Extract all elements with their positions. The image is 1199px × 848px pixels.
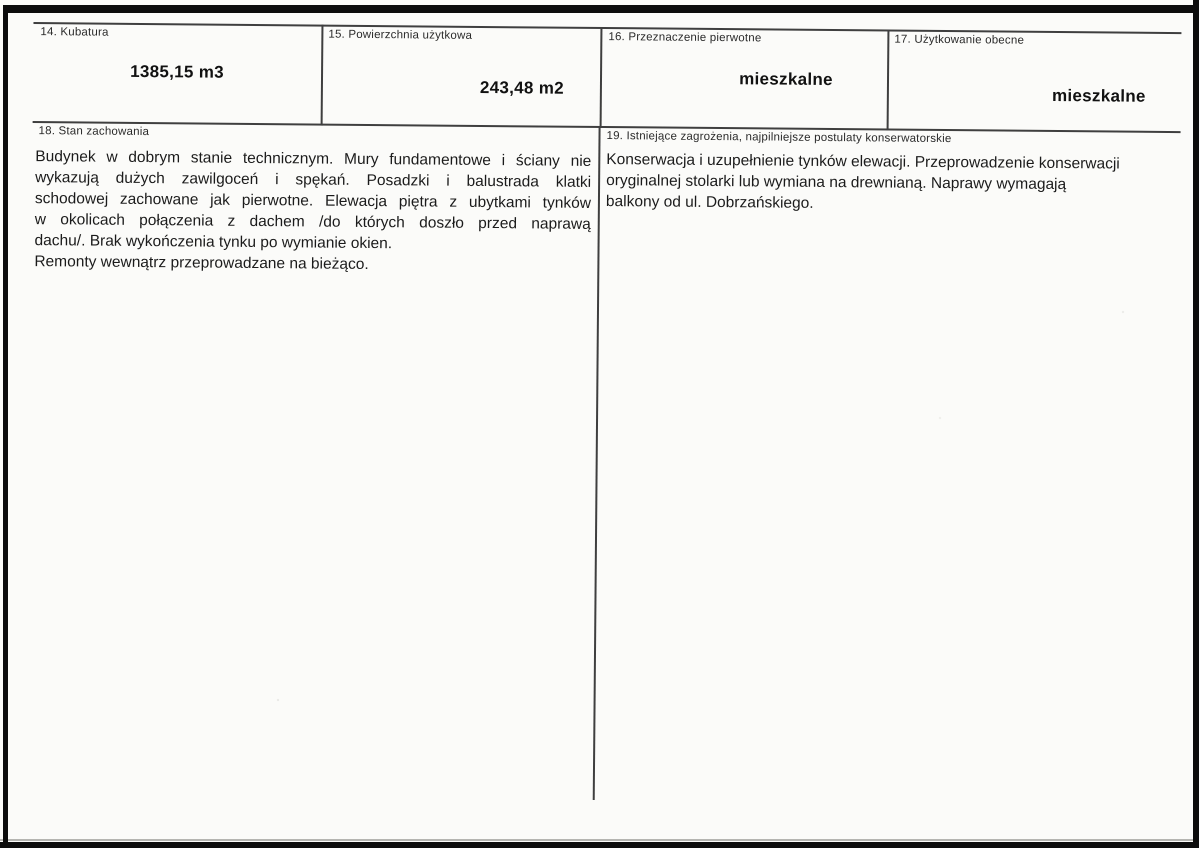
field-17-value: mieszkalne: [1019, 86, 1179, 107]
field-15-label: 15. Powierzchnia użytkowa: [328, 29, 472, 42]
table-border-col-16-17: [887, 30, 890, 131]
section-19-label: 19. Istniejące zagrożenia, najpilniejsze…: [606, 130, 951, 145]
scan-edge-hairline: [0, 839, 1199, 841]
table-border-col-15-16: [600, 27, 603, 128]
field-17-label: 17. Użytkowanie obecne: [894, 34, 1024, 47]
field-16-value: mieszkalne: [706, 69, 866, 90]
scan-edge-left: [3, 5, 8, 848]
form-content: 14. Kubatura 1385,15 m3 15. Powierzchnia…: [0, 0, 1199, 848]
text-line: balkony od ul. Dobrzańskiego.: [606, 191, 1174, 217]
scan-edge-bottom: [0, 842, 1199, 848]
field-15-value: 243,48 m2: [442, 78, 602, 99]
field-16-label: 16. Przeznaczenie pierwotne: [608, 31, 761, 44]
field-14-value: 1385,15 m3: [33, 61, 321, 84]
table-border-col-18-19: [593, 126, 601, 800]
section-18-text: Budynek w dobrym stanie technicznym. Mur…: [34, 146, 591, 277]
text-line: Remonty wewnątrz przeprowadzane na bieżą…: [34, 251, 590, 277]
section-18-label: 18. Stan zachowania: [38, 125, 149, 138]
scan-edge-right: [1193, 0, 1199, 848]
section-19-text: Konserwacja i uzupełnienie tynków elewac…: [606, 149, 1175, 217]
scanned-form-page: 14. Kubatura 1385,15 m3 15. Powierzchnia…: [0, 0, 1199, 848]
scan-edge-top: [3, 5, 1199, 13]
field-14-label: 14. Kubatura: [40, 26, 108, 39]
